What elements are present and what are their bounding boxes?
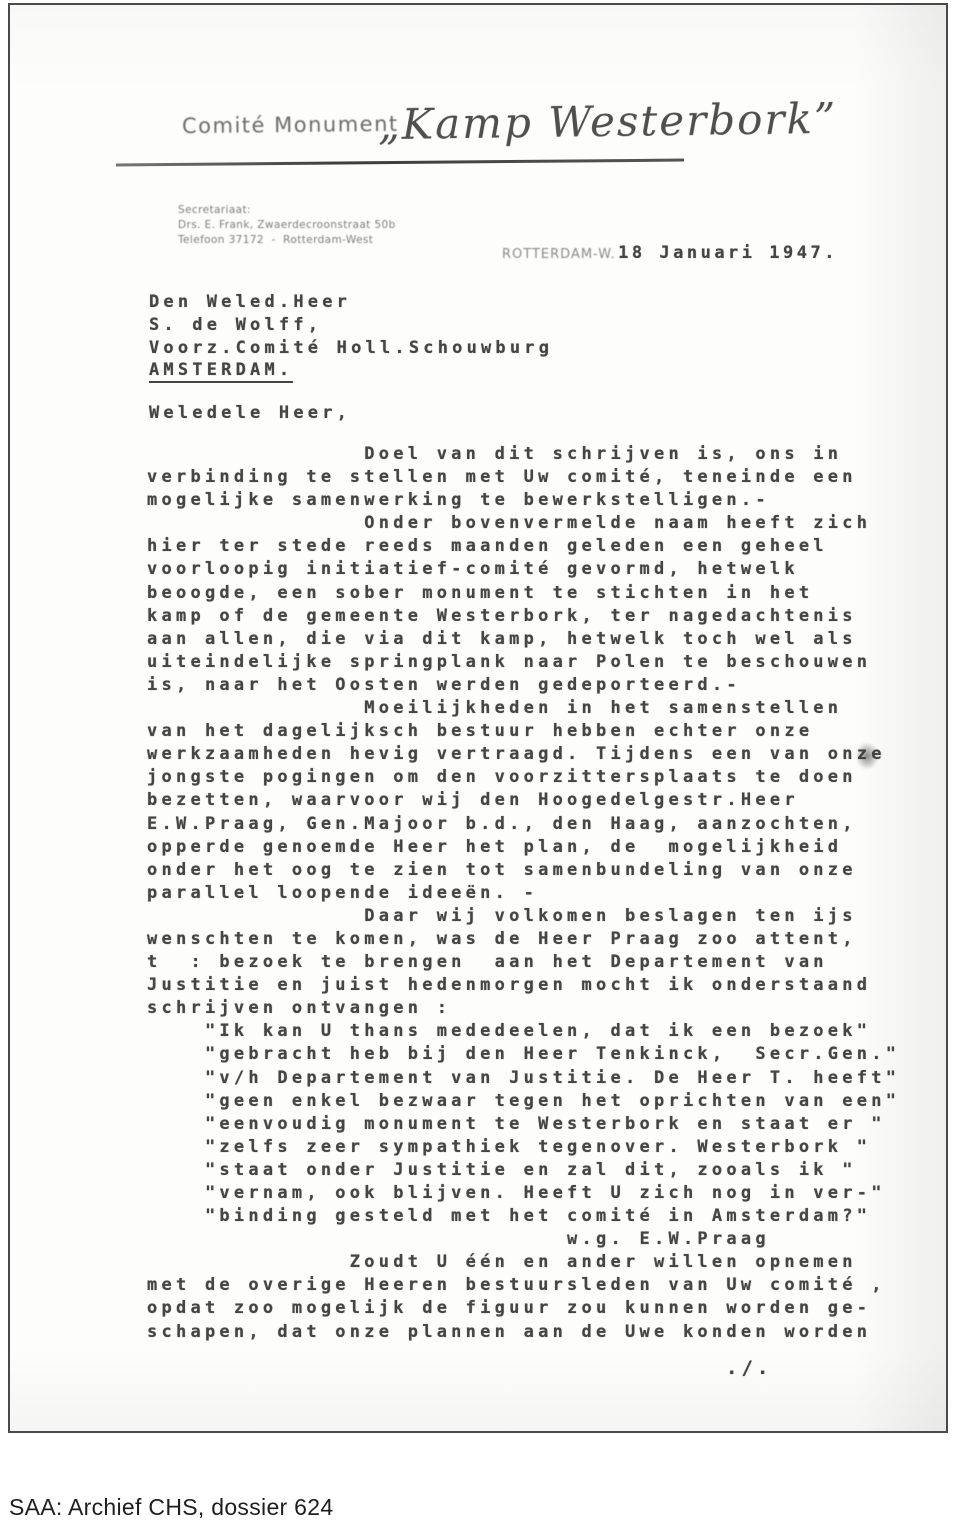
letterhead-org-prefix: Comité Monument <box>182 112 399 138</box>
salutation: Weledele Heer, <box>149 403 351 423</box>
letterhead-rule <box>116 159 684 167</box>
letterhead-secretariat: Secretariaat: Drs. E. Frank, Zwaerdecroo… <box>178 203 396 248</box>
scan-smudge <box>856 743 878 769</box>
recipient-address: Den Weled.Heer S. de Wolff, Voorz.Comité… <box>149 291 553 360</box>
scanned-letter-page: Comité Monument „Kamp Westerbork” Secret… <box>8 3 948 1433</box>
continuation-mark: ./. <box>726 1357 772 1379</box>
typed-date: 18 Januari 1947. <box>618 243 838 263</box>
letter-body: Doel van dit schrijven is, ons in verbin… <box>147 443 900 1344</box>
place-stamp: ROTTERDAM-W. <box>502 247 616 262</box>
archive-caption: SAA: Archief CHS, dossier 624 <box>9 1494 333 1521</box>
place-date-line: ROTTERDAM-W. 18 Januari 1947. <box>502 243 838 263</box>
recipient-city: AMSTERDAM. <box>149 360 293 383</box>
letterhead-org-title: „Kamp Westerbork” <box>378 94 838 149</box>
